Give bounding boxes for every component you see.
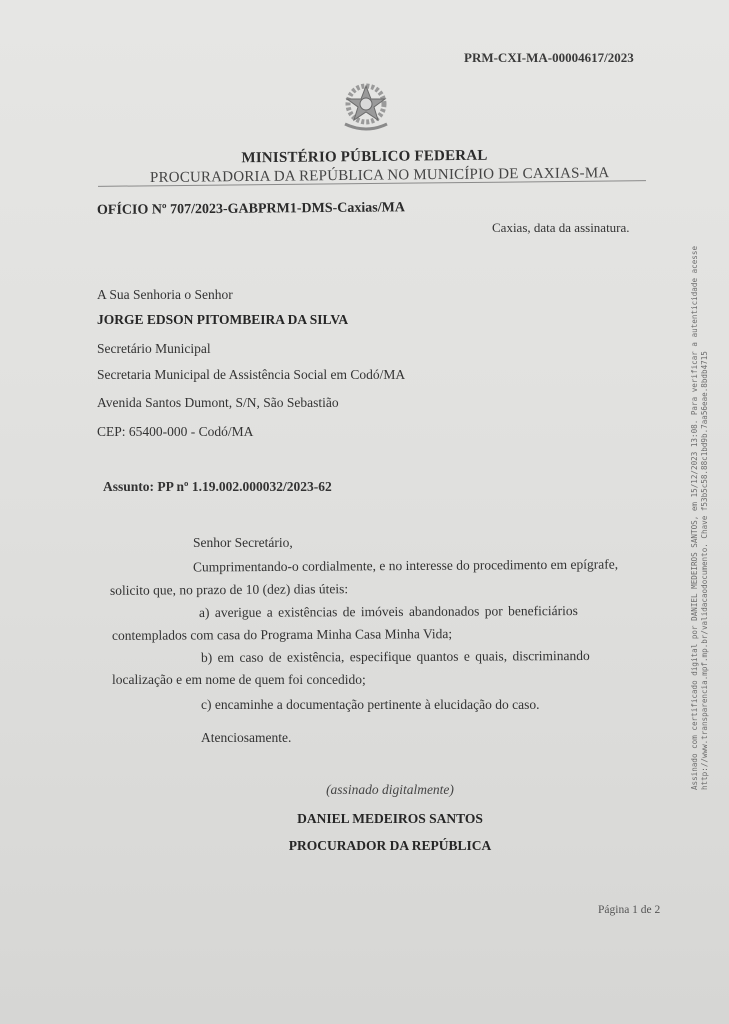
signature-note: (assinado digitalmente) [190,782,590,798]
recipient-organization: Secretaria Municipal de Assistência Soci… [97,367,405,383]
institution-title: MINISTÉRIO PÚBLICO FEDERAL [0,145,729,170]
item-c: c) encaminhe a documentação pertinente à… [201,697,539,713]
subject-line: Assunto: PP nº 1.19.002.000032/2023-62 [103,479,332,495]
item-a-line-2: contemplados com casa do Programa Minha … [112,626,452,644]
oficio-number: OFÍCIO Nº 707/2023-GABPRM1-DMS-Caxias/MA [97,200,405,219]
intro-line-2: solicito que, no prazo de 10 (dez) dias … [110,581,348,599]
recipient-cep: CEP: 65400-000 - Codó/MA [97,424,253,440]
document-reference-code: PRM-CXI-MA-00004617/2023 [464,50,634,66]
place-date: Caxias, data da assinatura. [492,220,630,236]
item-b-line-1: b) em caso de existência, especifique qu… [201,648,590,666]
closing: Atenciosamente. [201,730,291,746]
item-a-line-1: a) averigue a existências de imóveis aba… [199,603,578,621]
intro-line-1: Cumprimentando-o cordialmente, e no inte… [193,557,618,576]
stamp-line-1: Assinado com certificado digital por DAN… [690,246,700,790]
recipient-salutation: A Sua Senhoria o Senhor [97,287,233,303]
digital-signature-stamp: Assinado com certificado digital por DAN… [690,246,710,790]
recipient-address: Avenida Santos Dumont, S/N, São Sebastiã… [97,395,339,411]
signer-name: DANIEL MEDEIROS SANTOS [190,811,590,827]
stamp-line-2: http://www.transparencia.mpf.mp.br/valid… [700,246,710,790]
page-number: Página 1 de 2 [598,904,660,916]
signer-title: PROCURADOR DA REPÚBLICA [190,838,590,854]
recipient-name: JORGE EDSON PITOMBEIRA DA SILVA [97,312,348,328]
greeting: Senhor Secretário, [193,535,293,551]
recipient-role: Secretário Municipal [97,341,211,357]
item-b-line-2: localização e em nome de quem foi conced… [112,672,366,688]
brazil-coat-of-arms-icon [337,80,395,136]
